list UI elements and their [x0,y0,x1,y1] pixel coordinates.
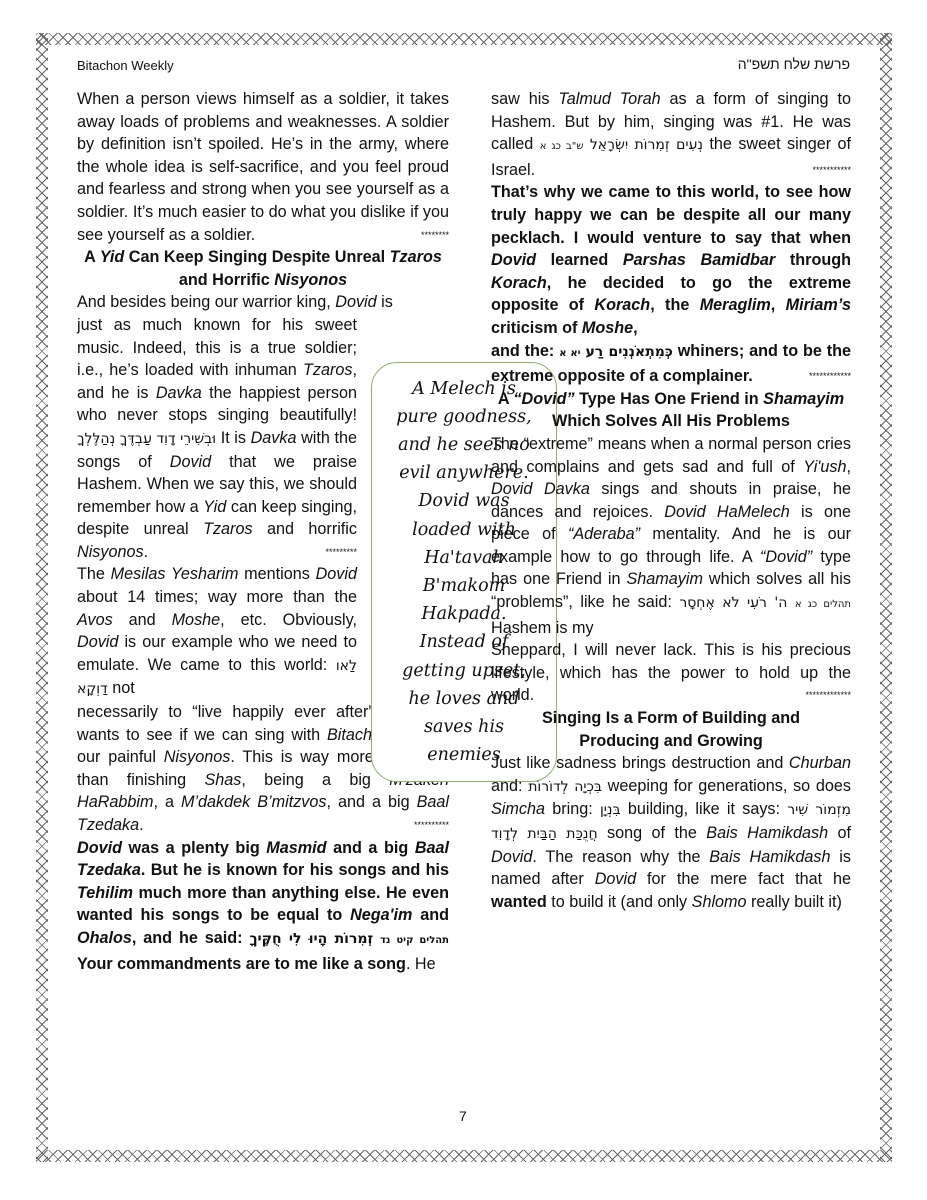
hebrew-quote: כְּמִתְאֹנְנִים רַע [585,344,672,360]
paragraph-talmud-torah: saw his Talmud Torah as a form of singin… [491,88,851,181]
separator-stars: ************* [805,684,851,706]
pull-quote-line: enemies [427,741,501,769]
separator-stars: ************ [809,365,851,387]
paragraph-masmid: Dovid was a plenty big Masmid and a big … [77,837,449,976]
section-heading-singing-building: Singing Is a Form of Building andProduci… [491,707,851,752]
hebrew-source: ש"ב כג א [540,141,584,152]
decorative-border-top [36,33,892,45]
paragraph-extreme: The “extreme” means when a normal person… [491,433,851,639]
paragraph-whiners: and the: יא א כְּמִתְאֹנְנִים רַע whiner… [491,340,851,388]
hebrew-quote: וּבְשִׁירֵי דָוִד עַבְדֶּךָ נְהַלֶּלְךָ [77,431,216,447]
paragraph-sadness-destruction: Just like sadness brings destruction and… [491,752,851,913]
hebrew-quote: ה' רֹעִי לֹא אֶחְסָר [679,595,787,611]
section-heading-dovid-type: A “Dovid” Type Has One Friend in Shamayi… [491,388,851,433]
paragraph-sweet-music: just as much known for his sweet music. … [77,314,357,564]
separator-stars: ********** [414,814,449,836]
paragraph-pecklach: That’s why we came to this world, to see… [491,181,851,339]
paragraph-warrior-king: And besides being our warrior king, Dovi… [77,291,449,314]
hebrew-source: תהלים קיט נד [380,935,449,946]
hebrew-source: יא א [559,348,580,359]
separator-stars: *********** [812,159,851,181]
separator-stars: ******** [421,224,449,246]
section-heading-yid-singing: A Yid Can Keep Singing Despite Unreal Tz… [77,246,449,291]
decorative-border-left [36,33,48,1162]
publication-title: Bitachon Weekly [77,58,174,73]
hebrew-quote: זְמִרוֹת הָיוּ לִי חֻקֶּיךָ [249,931,373,947]
paragraph-mesilas-yesharim: The Mesilas Yesharim mentions Dovid abou… [77,563,357,701]
page-number: 7 [459,1108,467,1124]
decorative-border-right [880,33,892,1162]
separator-stars: ********* [325,541,357,563]
paragraph-soldier: When a person views himself as a soldier… [77,88,449,246]
paragraph-sheppard: Sheppard, I will never lack. This is his… [491,639,851,707]
right-column: saw his Talmud Torah as a form of singin… [491,88,851,913]
parsha-title: פרשת שלח תשפ"ה [738,56,850,72]
hebrew-quote: בִּכְיָה לְדוֹרוֹת [528,779,602,795]
hebrew-quote: נְעִים זְמִרוֹת יִשְׂרָאֵל [590,137,703,153]
decorative-border-bottom [36,1150,892,1162]
hebrew-quote: בִּנְיָן [600,802,621,818]
hebrew-source: תהלים כג א [795,599,851,610]
